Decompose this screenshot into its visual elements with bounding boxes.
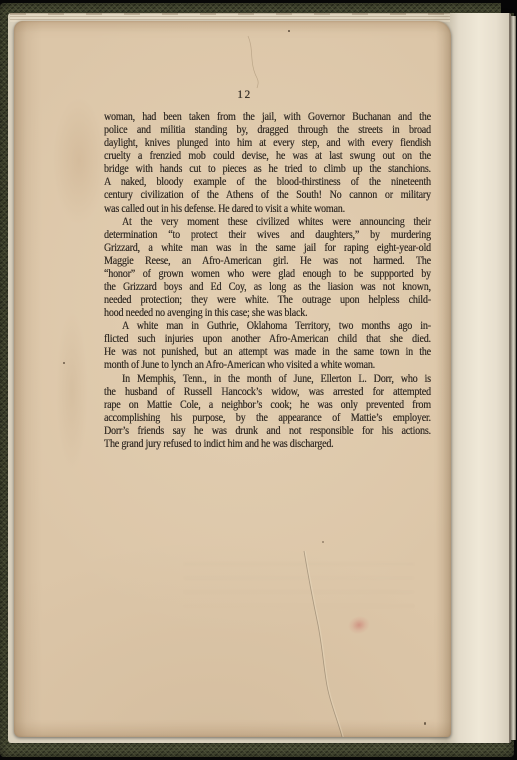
paragraph: At the very moment these civilized white… xyxy=(104,216,431,321)
text-line: flicted such injuries upon another Afro-… xyxy=(104,333,431,346)
text-line: the Grizzard boys and Ed Coy, as long as… xyxy=(104,281,431,294)
page-top-shadow xyxy=(14,21,451,33)
page-number: 12 xyxy=(26,89,463,101)
text-line: accomplishing his purpose, by the appear… xyxy=(104,412,431,425)
page-right-shadow xyxy=(436,21,451,737)
pink-stain xyxy=(346,613,372,636)
text-line: daylight, knives plunged into him at eve… xyxy=(104,137,431,150)
edge-stain xyxy=(52,291,92,491)
text-showthrough xyxy=(184,556,414,616)
foxing-speck xyxy=(322,541,324,543)
foxing-speck xyxy=(63,362,65,364)
foxing-speck xyxy=(424,722,426,725)
text-line: month of June to lynch an Afro-American … xyxy=(104,359,431,372)
cover-corner-shadow xyxy=(501,0,517,13)
text-line: Dorr’s friends say he was drunk and not … xyxy=(104,425,431,438)
text-line: cruelty a frenzied mob could devise, he … xyxy=(104,150,431,163)
text-line: “honor” of grown women who were glad eno… xyxy=(104,268,431,281)
foxing-speck xyxy=(288,30,290,32)
text-line: the husband of Russell Hancock’s widow, … xyxy=(104,386,431,399)
text-line: A white man in Guthrie, Oklahoma Territo… xyxy=(104,320,431,333)
text-line: needed protection; they were white. The … xyxy=(104,294,431,307)
paragraph: woman, had been taken from the jail, wit… xyxy=(104,111,431,216)
text-line: The grand jury refused to indict him and… xyxy=(104,438,431,451)
text-line: Maggie Reese, an Afro-American girl. He … xyxy=(104,255,431,268)
text-line: He was not punished, but an attempt was … xyxy=(104,346,431,359)
text-line: police and militia standing by, dragged … xyxy=(104,124,431,137)
text-line: century civilization of the Athens of th… xyxy=(104,189,431,202)
text-line: bridge with hands cut to pieces as he tr… xyxy=(104,163,431,176)
book-page: 12 woman, had been taken from the jail, … xyxy=(14,21,451,737)
paragraph: In Memphis, Tenn., in the month of June,… xyxy=(104,373,431,451)
book-scan: 12 woman, had been taken from the jail, … xyxy=(0,0,517,760)
text-line: A naked, bloody example of the blood-thi… xyxy=(104,176,431,189)
text-line: hood needed no avenging in this case; sh… xyxy=(104,307,431,320)
paragraph: A white man in Guthrie, Oklahoma Territo… xyxy=(104,320,431,372)
fore-edge xyxy=(511,16,516,740)
text-line: woman, had been taken from the jail, wit… xyxy=(104,111,431,124)
page-bottom-shadow xyxy=(14,721,451,737)
text-line: In Memphis, Tenn., in the month of June,… xyxy=(104,373,431,386)
text-line: Grizzard, a white man was in the same ja… xyxy=(104,242,431,255)
text-line: determination “to protect their wives an… xyxy=(104,229,431,242)
text-line: was called out in his defense. He dared … xyxy=(104,203,431,216)
body-text: woman, had been taken from the jail, wit… xyxy=(104,111,431,451)
text-line: rape on Mattie Cole, a neighbor’s cook; … xyxy=(104,399,431,412)
text-line: At the very moment these civilized white… xyxy=(104,216,431,229)
gutter-shadow xyxy=(14,21,42,737)
